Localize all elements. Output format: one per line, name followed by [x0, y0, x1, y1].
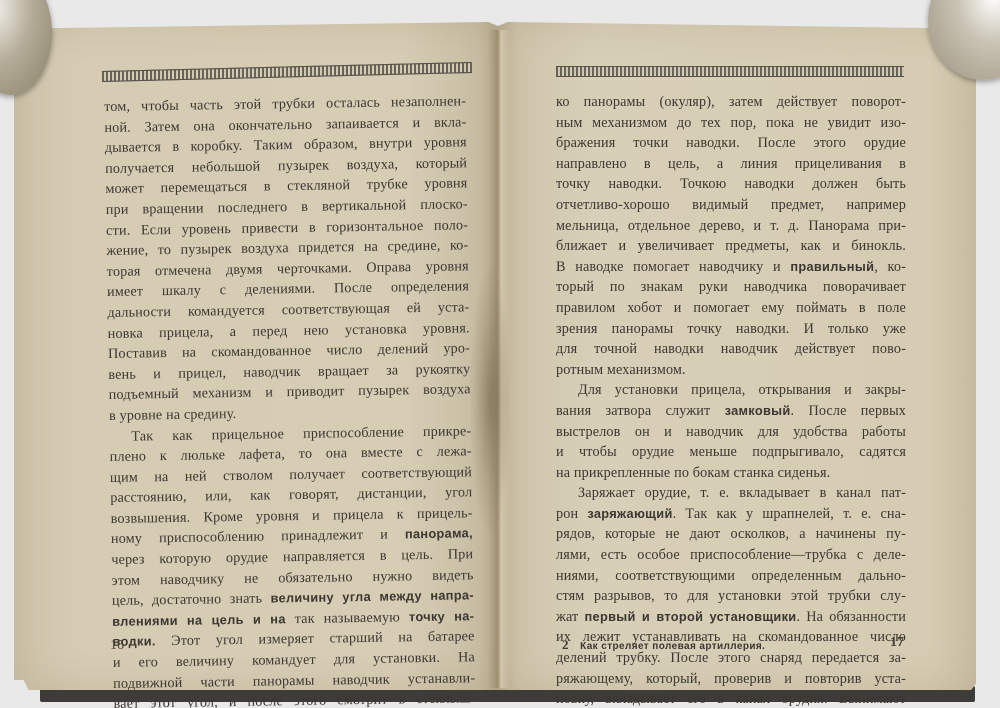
text-line: рон заряжающий. Так как у шрапнелей, т. …: [556, 504, 906, 525]
text-line: бражения точки наводки. После этого оруд…: [556, 133, 906, 154]
right-page-number: 17: [890, 635, 904, 651]
text-line: стям разрывов, то для установки этой тру…: [556, 586, 906, 607]
text-line: зрения панорамы точку наводки. И только …: [556, 319, 906, 340]
left-page-number: 16: [110, 638, 124, 654]
text-line: и чтобы орудие меньше подпрыгивало, садя…: [556, 442, 906, 463]
text-line: новку, вкладывает его в канал орудия. Вы…: [556, 689, 906, 708]
text-line: жат первый и второй установщики. На обяз…: [556, 607, 906, 628]
text-line: ближает и увеличивает предметы, как и би…: [556, 236, 906, 257]
right-page-header-ornament: [556, 66, 904, 77]
text-line: выстрелов он и наводчик для удобства раб…: [556, 422, 906, 443]
spine-stain: [470, 270, 510, 530]
text-line: В наводке помогает наводчику и правильны…: [556, 257, 906, 278]
text-line: точку наводки. Точкою наводки должен быт…: [556, 174, 906, 195]
text-line: правилом хобот и помогает ему поймать в …: [556, 298, 906, 319]
text-line: Заряжает орудие, т. е. вкладывает в кана…: [556, 483, 906, 504]
signature-title: Как стреляет полевая артиллерия.: [580, 641, 765, 652]
text-line: лями, есть особое приспособление—трубка …: [556, 545, 906, 566]
text-line: для точной наводки наводчик действует по…: [556, 339, 906, 360]
text-line: направлено в цель, а линия прицеливания …: [556, 154, 906, 175]
text-line: ным механизмом до тех пор, пока не увиди…: [556, 113, 906, 134]
left-page-text: том, чтобы часть этой трубки осталась не…: [104, 91, 476, 708]
text-line: вания затвора служит замковый. После пер…: [556, 401, 906, 422]
text-line: мельница, отдельное дерево, и т. д. Пано…: [556, 216, 906, 237]
text-line: ряжающему, который, проверив и повторив …: [556, 669, 906, 690]
printer-signature-line: 2 Как стреляет полевая артиллерия.: [562, 637, 765, 653]
text-line: ниями, соответствующими определенным дал…: [556, 566, 906, 587]
text-line: на прикрепленные по бокам станка сиденья…: [556, 463, 906, 484]
text-line: ротным механизмом.: [556, 360, 906, 381]
text-line: Для установки прицела, открывания и закр…: [556, 380, 906, 401]
signature-number: 2: [562, 637, 569, 652]
text-line: рядов, которые не дают осколков, а начин…: [556, 524, 906, 545]
text-line: отчетливо-хорошо видимый предмет, наприм…: [556, 195, 906, 216]
text-line: торый по знакам руки наводчика поворачив…: [556, 277, 906, 298]
text-line: ко панорамы (окуляр), затем действует по…: [556, 92, 906, 113]
right-page-text: ко панорамы (окуляр), затем действует по…: [556, 92, 906, 708]
